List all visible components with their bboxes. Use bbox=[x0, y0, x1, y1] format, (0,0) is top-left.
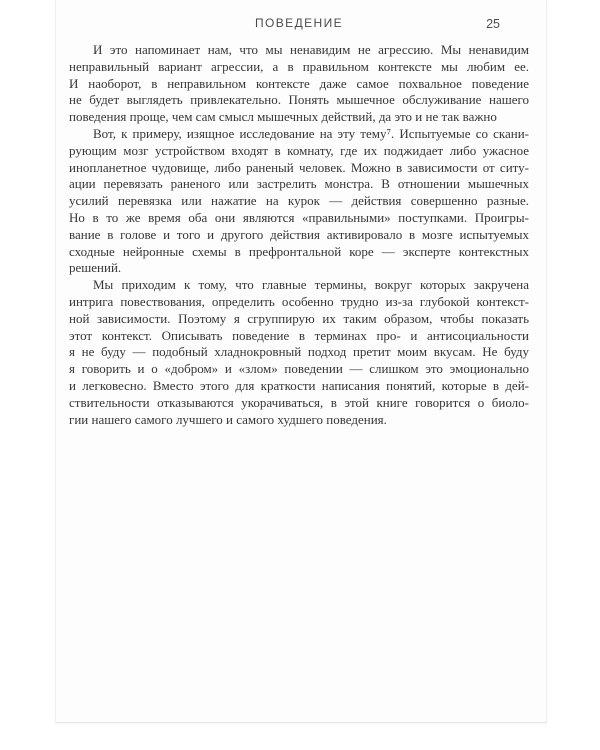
text-line: инопланетное чудовище, либо раненый чело… bbox=[69, 160, 529, 177]
text-line: поведения проще, чем сам смысл мышечных … bbox=[69, 109, 529, 126]
text-line: И наоборот, в неправильном контексте даж… bbox=[69, 76, 529, 93]
text-line: и легковесно. Вместо этого для краткости… bbox=[69, 378, 529, 395]
text-line: вание в голове и того и другого действия… bbox=[69, 227, 529, 244]
text-line: интрига повествования, определить особен… bbox=[69, 294, 529, 311]
page-number: 25 bbox=[486, 17, 500, 31]
text-line: гии нашего самого лучшего и самого худше… bbox=[69, 412, 529, 429]
text-line: решений. bbox=[69, 260, 529, 277]
text-line: я говорить и о «добром» и «злом» поведен… bbox=[69, 361, 529, 378]
text-line: я не буду — подобный хладнокровный подхо… bbox=[69, 344, 529, 361]
text-line: ной зависимости. Поэтому я сгруппирую их… bbox=[69, 311, 529, 328]
text-line: не будет выглядеть привлекательно. Понят… bbox=[69, 92, 529, 109]
text-line: сходные нейронные схемы в префронтальной… bbox=[69, 244, 529, 261]
text-line: неправильный вариант агрессии, а в прави… bbox=[69, 59, 529, 76]
book-page: ПОВЕДЕНИЕ 25 И это напоминает нам, что м… bbox=[55, 0, 547, 723]
text-line: И это напоминает нам, что мы ненавидим н… bbox=[69, 42, 529, 59]
text-line: ации перевязать раненого или застрелить … bbox=[69, 176, 529, 193]
text-line: усилий перевязка или нажатие на курок — … bbox=[69, 193, 529, 210]
text-block: И это напоминает нам, что мы ненавидим н… bbox=[69, 42, 529, 428]
paragraph: Мы приходим к тому, что главные термины,… bbox=[69, 277, 529, 428]
text-line: ствительности отказываются укорачиваться… bbox=[69, 395, 529, 412]
scanned-book-view: ПОВЕДЕНИЕ 25 И это напоминает нам, что м… bbox=[0, 0, 600, 750]
paragraph: Вот, к примеру, изящное исследование на … bbox=[69, 126, 529, 277]
paragraph: И это напоминает нам, что мы ненавидим н… bbox=[69, 42, 529, 126]
text-line: этот контекст. Описывать поведение в тер… bbox=[69, 328, 529, 345]
text-line: Но в то же время оба они являются «прави… bbox=[69, 210, 529, 227]
text-line: Мы приходим к тому, что главные термины,… bbox=[69, 277, 529, 294]
text-line: Вот, к примеру, изящное исследование на … bbox=[69, 126, 529, 143]
running-head-title: ПОВЕДЕНИЕ bbox=[69, 16, 529, 30]
text-line: рующим мозг устройством входят в комнату… bbox=[69, 143, 529, 160]
